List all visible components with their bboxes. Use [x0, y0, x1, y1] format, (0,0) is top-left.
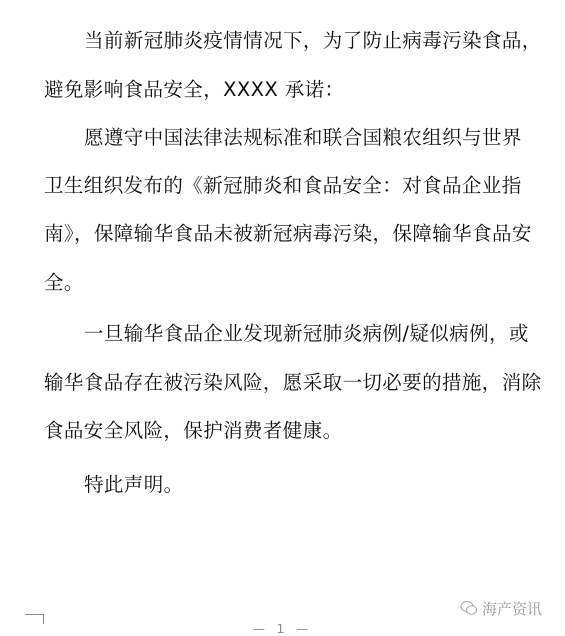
text-line: 特此声明。 [84, 473, 518, 497]
text-line: 全。 [44, 271, 518, 295]
watermark: 海产资讯 [460, 598, 542, 618]
wechat-icon [460, 600, 478, 616]
page-number: — 1 — [0, 622, 565, 636]
text-line: 当前新冠肺炎疫情情况下，为了防止病毒污染食品， [84, 29, 518, 53]
text-line: 食品安全风险，保护消费者健康。 [44, 419, 518, 443]
text-line: 南》，保障输华食品未被新冠病毒污染，保障输华食品安 [44, 222, 518, 246]
text-line: 卫生组织发布的《新冠肺炎和食品安全：对食品企业指 [44, 174, 518, 198]
text-line: 输华食品存在被污染风险，愿采取一切必要的措施，消除 [44, 371, 518, 395]
text-line: 一旦输华食品企业发现新冠肺炎病例/疑似病例，或 [84, 322, 518, 346]
watermark-label: 海产资讯 [482, 598, 542, 619]
document-page: 当前新冠肺炎疫情情况下，为了防止病毒污染食品， 避免影响食品安全，XXXX 承诺… [0, 0, 565, 636]
text-line: 避免影响食品安全，XXXX 承诺： [44, 78, 518, 102]
text-line: 愿遵守中国法律法规标准和联合国粮农组织与世界 [84, 126, 518, 150]
